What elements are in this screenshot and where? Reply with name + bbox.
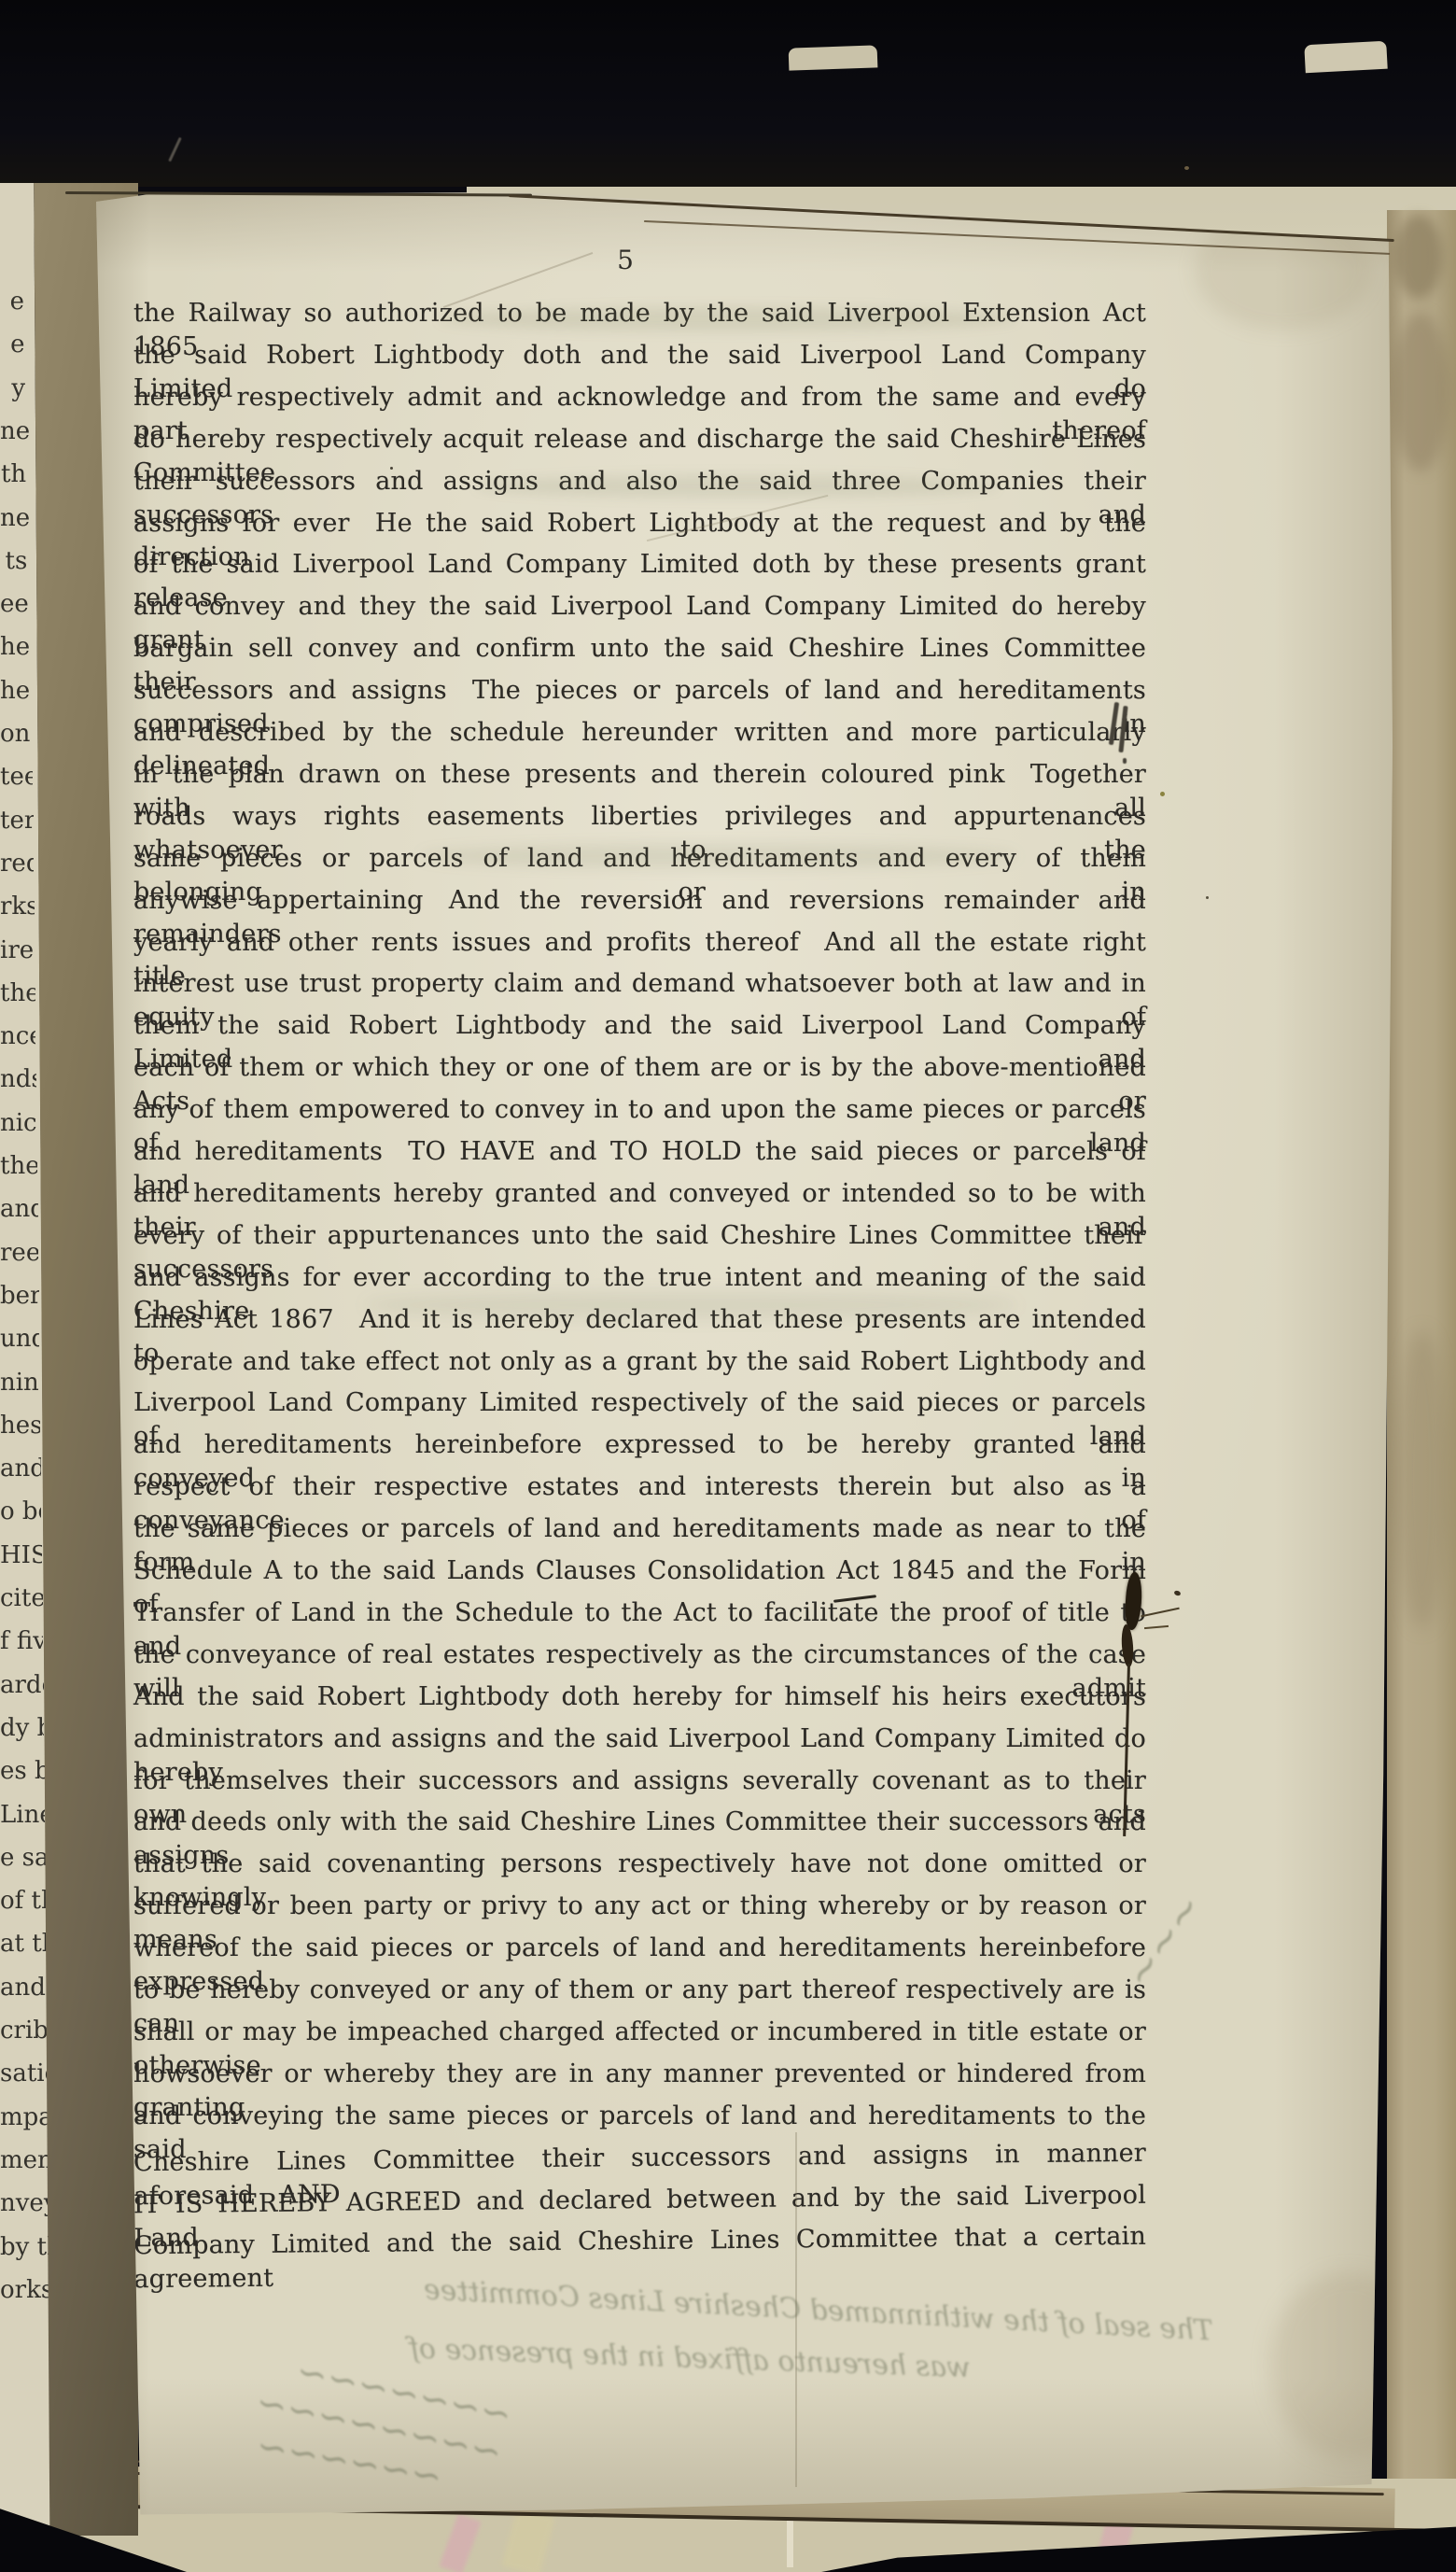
scan-background-top	[0, 0, 1456, 187]
cut-off-text-fragment: he	[0, 633, 31, 661]
text-line: bargain sell convey and confirm unto the…	[133, 632, 1146, 668]
cut-off-text-fragment: ne	[0, 504, 30, 532]
cut-off-text-fragment: the	[0, 979, 35, 1007]
page-corner-tab	[1304, 41, 1387, 74]
cut-off-text-fragment: nich	[0, 1109, 36, 1137]
text-line: the conveyance of real estates respectiv…	[133, 1638, 1146, 1674]
cut-off-text-fragment: and	[0, 1455, 41, 1483]
show-through-smudge	[476, 475, 999, 498]
text-line: and deeds only with the said Cheshire Li…	[133, 1806, 1146, 1841]
cut-off-text-fragment: ne	[0, 417, 29, 445]
cut-off-text-fragment: f five	[0, 1627, 43, 1655]
text-line: Transfer of Land in the Schedule to the …	[133, 1596, 1146, 1632]
text-line: for themselves their successors and assi…	[133, 1764, 1146, 1800]
cut-off-text-fragment: HIS	[0, 1541, 42, 1569]
text-line: roads ways rights easements liberties pr…	[133, 800, 1146, 836]
page-stack-right-edge	[1387, 210, 1456, 2525]
cut-off-text-fragment: the	[0, 1152, 37, 1180]
edge-stain	[1395, 215, 1442, 299]
page-number: 5	[126, 245, 1125, 275]
text-line: And the said Robert Lightbody doth hereb…	[133, 1680, 1146, 1716]
cut-off-text-fragment: sation	[0, 2059, 49, 2087]
paper-speck	[390, 467, 393, 470]
text-line: to be hereby conveyed or any of them or …	[133, 1974, 1146, 2009]
text-line: howsoever or whereby they are in any man…	[133, 2058, 1146, 2093]
pink-plan-band	[440, 2513, 482, 2572]
cut-off-text-fragment: and in	[0, 1974, 47, 2002]
document-page: 5 the Railway so authorized to be made b…	[84, 190, 1393, 2517]
text-line: Schedule A to the said Lands Clauses Con…	[133, 1554, 1146, 1590]
edge-stain	[1396, 1330, 1448, 1629]
cut-off-text-fragment: ee	[0, 590, 31, 618]
cut-off-text-fragment: on	[0, 720, 33, 748]
text-line: the same pieces or parcels of land and h…	[133, 1512, 1146, 1548]
cut-off-text-fragment: of the	[0, 1887, 46, 1915]
cut-off-text-fragment: Lines	[0, 1801, 45, 1829]
cut-off-text-fragment: nds	[0, 1065, 36, 1093]
cut-off-text-fragment: tee	[0, 763, 33, 791]
cut-off-text-fragment: he	[0, 677, 32, 705]
yellow-plan-band	[501, 2508, 554, 2572]
text-line: and described by the schedule hereunder …	[133, 716, 1146, 752]
text-line: any of them empowered to convey in to an…	[133, 1093, 1146, 1129]
cut-off-text-fragment: red	[0, 850, 34, 878]
text-line: each of them or which they or one of the…	[133, 1051, 1146, 1087]
text-line: administrators and assigns and the said …	[133, 1722, 1146, 1758]
text-line: interest use trust property claim and de…	[133, 967, 1146, 1003]
cut-off-text-fragment: at the	[0, 1930, 47, 1958]
text-line: successors and assigns The pieces or par…	[133, 674, 1146, 710]
text-line: suffered or been party or privy to any a…	[133, 1890, 1146, 1925]
text-line: Cheshire Lines Committee their successor…	[133, 2136, 1146, 2181]
page-corner-tab	[789, 45, 878, 70]
cut-off-text-fragment: ments	[0, 2146, 49, 2174]
cut-off-text-fragment: e	[0, 330, 28, 358]
cut-off-text-fragment: nces	[0, 1022, 35, 1050]
text-line: shall or may be impeached charged affect…	[133, 2016, 1146, 2051]
text-line: and hereditaments hereinbefore expressed…	[133, 1428, 1146, 1464]
cut-off-text-fragment: o be	[0, 1497, 41, 1525]
cut-off-text-fragment: ter	[0, 807, 34, 835]
show-through-smudge	[420, 844, 1017, 868]
text-line: and convey and they the said Liverpool L…	[133, 590, 1146, 625]
cut-off-text-fragment: orks of	[0, 2276, 50, 2304]
text-line: the said Robert Lightbody doth and the s…	[133, 339, 1146, 374]
paper-speck	[1184, 166, 1189, 170]
text-line: respect of their respective estates and …	[133, 1470, 1146, 1506]
text-line: and hereditaments hereby granted and con…	[133, 1177, 1146, 1213]
text-line: yearly and other rents issues and profit…	[133, 926, 1146, 962]
show-through-smudge	[364, 1292, 1017, 1318]
cut-off-text-fragment: bert	[0, 1282, 39, 1310]
cut-off-text-fragment: cited	[0, 1584, 43, 1612]
text-line: hereby respectively admit and acknowledg…	[133, 381, 1146, 416]
text-line: assigns for ever He the said Robert Ligh…	[133, 507, 1146, 542]
cut-off-text-fragment: ning	[0, 1369, 40, 1397]
cut-off-text-fragment: dy by	[0, 1714, 44, 1742]
text-line: of the said Liverpool Land Company Limit…	[133, 548, 1146, 583]
text-line: and conveying the same pieces or parcels…	[133, 2100, 1146, 2135]
marginal-dot	[1123, 758, 1127, 764]
text-line: in the plan drawn on these presents and …	[133, 758, 1146, 794]
cut-off-text-fragment: e said	[0, 1844, 46, 1872]
text-line: do hereby respectively acquit release an…	[133, 423, 1146, 458]
paper-speck	[1160, 792, 1165, 796]
paper-speck	[1206, 896, 1209, 899]
cut-off-text-fragment: rks	[0, 892, 35, 921]
text-line: Liverpool Land Company Limited respectiv…	[133, 1386, 1146, 1422]
text-line: that the said covenanting persons respec…	[133, 1848, 1146, 1883]
cut-off-text-fragment: arded	[0, 1671, 44, 1699]
cut-off-text-fragment: th	[0, 460, 29, 488]
text-line: whereof the said pieces or parcels of la…	[133, 1932, 1146, 1967]
cut-off-text-fragment: hese	[0, 1412, 40, 1440]
text-line: operate and take effect not only as a gr…	[133, 1345, 1146, 1381]
text-line: Company Limited and the said Cheshire Li…	[133, 2220, 1146, 2265]
text-line: anywise appertaining And the reversion a…	[133, 884, 1146, 920]
cut-off-text-fragment: mpany	[0, 2103, 49, 2131]
cut-off-text-fragment: and	[0, 1195, 38, 1223]
text-line: and assigns for ever according to the tr…	[133, 1261, 1146, 1297]
cut-off-text-fragment: reed	[0, 1239, 38, 1267]
cut-off-text-fragment: ts	[0, 547, 30, 575]
cut-off-text-fragment: cribed	[0, 2017, 48, 2045]
cut-off-text-fragment: ire	[0, 936, 35, 964]
text-line: them the said Robert Lightbody and the s…	[133, 1009, 1146, 1045]
scanned-document-photo: eeynethnetseeheheonteeterredrksirethence…	[0, 0, 1456, 2572]
cut-off-text-fragment: unds	[0, 1325, 39, 1353]
cut-off-text-fragment: es by	[0, 1757, 45, 1785]
text-line: every of their appurtenances unto the sa…	[133, 1219, 1146, 1255]
show-through-smudge	[439, 307, 1017, 331]
cut-off-text-fragment: by the	[0, 2233, 50, 2261]
edge-stain	[1393, 313, 1449, 471]
cut-off-text-fragment: e	[0, 288, 27, 316]
cut-off-text-fragment: nveyed	[0, 2189, 49, 2217]
text-line: and hereditaments TO HAVE and TO HOLD th…	[133, 1135, 1146, 1171]
cut-off-text-fragment: y	[0, 374, 28, 402]
